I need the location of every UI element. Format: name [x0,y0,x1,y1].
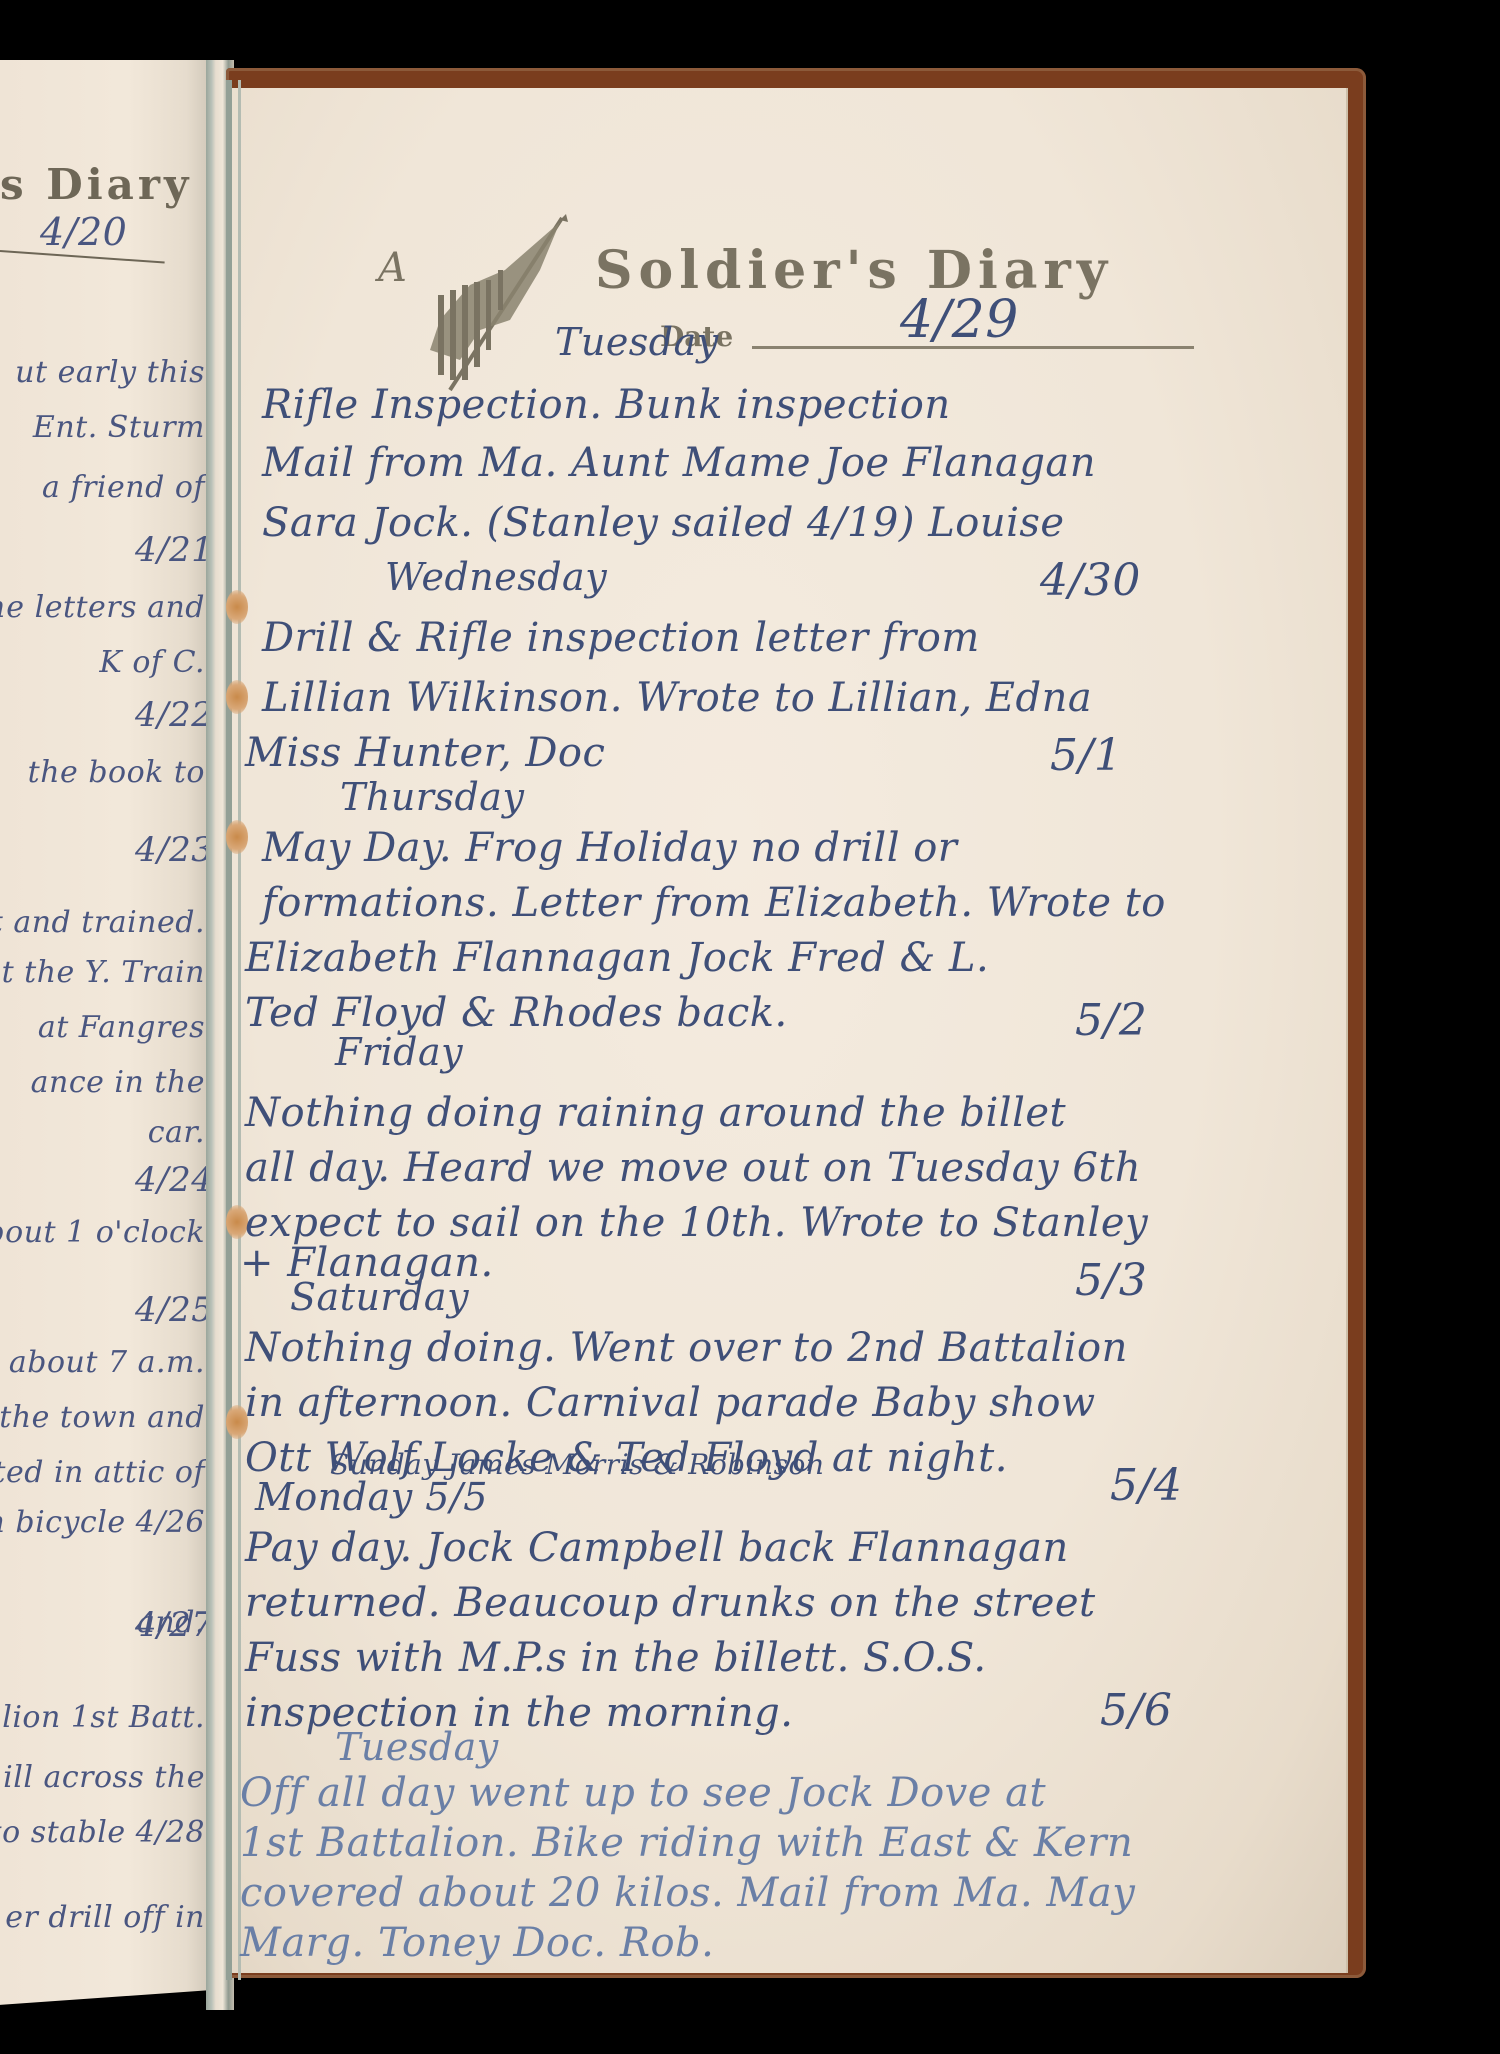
entry-day: Friday [335,1030,463,1074]
entry-date: 5/2 [1075,995,1147,1046]
entry-date: 5/6 [1100,1685,1172,1736]
entry-line: inspection in the morning. [245,1690,793,1736]
left-entry-line: ut and trained. [0,905,205,940]
left-entry-line: Ent. Sturm [33,410,205,445]
entry-line: Lillian Wilkinson. Wrote to Lillian, Edn… [262,675,1092,721]
stain [226,680,248,714]
entry-line: Ted Floyd & Rhodes back. [245,990,788,1036]
left-date: 4/20 [40,210,127,254]
entry-date: 5/3 [1075,1255,1147,1306]
entry-line: 1st Battalion. Bike riding with East & K… [240,1820,1133,1866]
left-entry-line: into the town and [0,1400,205,1435]
left-entry-line: billeted in attic of [0,1455,205,1490]
entry-line: May Day. Frog Holiday no drill or [262,825,957,871]
left-entry-line: talion 1st Batt. [0,1700,205,1735]
left-entry-line: about 1 o'clock [0,1215,205,1250]
entry-line: formations. Letter from Elizabeth. Wrote… [262,880,1166,926]
entry-line: Fuss with M.P.s in the billett. S.O.S. [245,1635,987,1681]
left-entry-date: 4/23 [135,830,213,870]
entry-line: Rifle Inspection. Bunk inspection [262,382,951,428]
flag-icon [410,210,570,400]
left-entry-date: 4/22 [135,695,213,735]
left-entry-line: ill across the [3,1760,205,1795]
left-entry-line: K of C. [99,645,205,680]
entry-day: Saturday [290,1275,469,1319]
stain [226,590,248,624]
entry-line: Miss Hunter, Doc [245,730,605,776]
entry-line: returned. Beaucoup drunks on the street [245,1580,1096,1626]
entry-line: Nothing doing. Went over to 2nd Battalio… [245,1325,1128,1371]
entry-line: Drill & Rifle inspection letter from [262,615,980,661]
left-entry-line: he letters and [0,590,205,625]
entry-day: Thursday [340,775,524,819]
entry-line: Sara Jock. (Stanley sailed 4/19) Louise [262,500,1065,546]
entry-day: Wednesday [385,555,607,599]
left-entry-line: ut early this [15,355,205,390]
entry-line: Nothing doing raining around the billet [245,1090,1066,1136]
left-printed-title: s Diary [0,160,192,209]
header-date-value: 4/29 [900,290,1019,350]
entry-line: in afternoon. Carnival parade Baby show [245,1380,1096,1426]
entry-date: 5/1 [1050,730,1122,781]
entry-date: 4/30 [1040,555,1141,606]
entry-line: Off all day went up to see Jock Dove at [240,1770,1046,1816]
entry-day: Monday 5/5 [255,1475,488,1519]
left-entry-line: car. [148,1115,205,1150]
page-title: Soldier's Diary [595,240,1113,301]
entry-line: Marg. Toney Doc. Rob. [240,1920,714,1966]
stain [226,820,248,854]
left-entry-line: ates about 7 a.m. [0,1345,205,1380]
entry-date: 5/4 [1110,1460,1182,1511]
left-entry-line: at Fangres [38,1010,205,1045]
entry-day: Tuesday [335,1725,499,1769]
left-entry-line: ance in the [31,1065,205,1100]
page-edge [226,80,232,1980]
entry-line: Elizabeth Flannagan Jock Fred & L. [245,935,989,981]
left-entry-line: a friend of [42,470,205,505]
entry-day: Tuesday [555,320,719,364]
left-entry-date: 4/27 [135,1605,213,1645]
entry-line: covered about 20 kilos. Mail from Ma. Ma… [240,1870,1135,1916]
left-entry-line: to stable 4/28 [0,1815,205,1850]
entry-line: Pay day. Jock Campbell back Flannagan [245,1525,1069,1571]
left-entry-line: er drill off in [5,1900,205,1935]
left-entry-line: on bicycle 4/26 [0,1505,205,1540]
entry-line: all day. Heard we move out on Tuesday 6t… [245,1145,1141,1191]
left-entry-line: the book to [28,755,205,790]
left-entry-date: 4/25 [135,1290,213,1330]
entry-line: Mail from Ma. Aunt Mame Joe Flanagan [262,440,1096,486]
header-prefix: A [378,245,407,291]
left-entry-date: 4/24 [135,1160,213,1200]
page-edge-inner [238,80,241,1980]
left-entry-line: at the Y. Train [0,955,205,990]
left-entry-date: 4/21 [135,530,213,570]
